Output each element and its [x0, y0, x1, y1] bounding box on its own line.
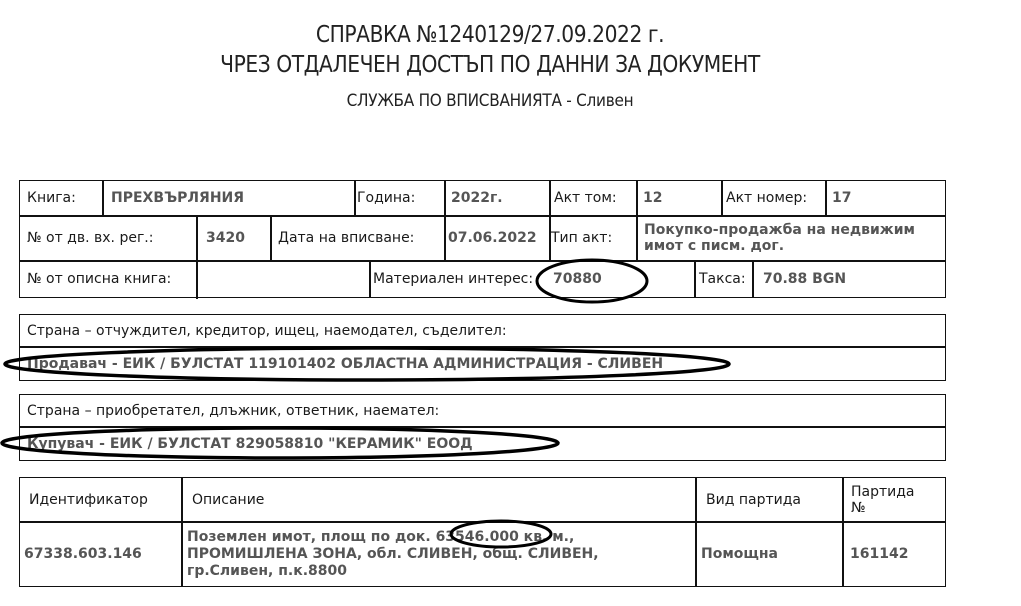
description-line-2: ПРОМИШЛЕНА ЗОНА, обл. СЛИВЕН, общ. СЛИВЕ… — [187, 546, 599, 563]
transferor-label: Страна – отчуждител, кредитор, ищец, нае… — [20, 315, 945, 346]
registry-office: СЛУЖБА ПО ВПИСВАНИЯТА - Сливен — [49, 91, 931, 111]
property-table: Идентификатор Описание Вид партида Парти… — [19, 477, 946, 587]
act-volume-value: 12 — [636, 181, 721, 215]
header-batch-number: Партида № — [844, 478, 945, 521]
act-type-value: Покупко-продажба на недвижим имот с писм… — [636, 215, 945, 260]
act-type-line-2: имот с писм. дог. — [644, 238, 784, 254]
year-label: Година: — [350, 181, 444, 215]
act-number-value: 17 — [825, 181, 945, 215]
acquirer-party-section: Страна – приобретател, длъжник, ответник… — [19, 394, 946, 461]
entry-date-value: 07.06.2022 — [444, 215, 549, 260]
material-interest-value: 70880 — [547, 260, 694, 298]
book-value: ПРЕХВЪРЛЯНИЯ — [104, 181, 354, 215]
certificate-subtitle: ЧРЕЗ ОТДАЛЕЧЕН ДОСТЪП ПО ДАННИ ЗА ДОКУМЕ… — [59, 52, 921, 78]
inventory-book-value — [198, 260, 369, 298]
year-value: 2022г. — [444, 181, 549, 215]
acquirer-value: Купувач - ЕИК / БУЛСТАТ 829058810 "КЕРАМ… — [20, 427, 945, 460]
acquirer-label: Страна – приобретател, длъжник, ответник… — [20, 395, 945, 426]
transferor-value: Продавач - ЕИК / БУЛСТАТ 119101402 ОБЛАС… — [20, 347, 945, 380]
document-info-table: Книга: ПРЕХВЪРЛЯНИЯ Година: 2022г. Акт т… — [19, 180, 946, 298]
fee-value: 70.88 BGN — [754, 260, 945, 298]
fee-label: Такса: — [694, 260, 752, 298]
transferor-party-section: Страна – отчуждител, кредитор, ищец, нае… — [19, 314, 946, 381]
batch-number-value: 161142 — [844, 522, 945, 586]
incoming-reg-value: 3420 — [198, 215, 270, 260]
entry-date-label: Дата на вписване: — [272, 215, 444, 260]
description-prefix: Поземлен имот, площ по док. — [187, 529, 436, 545]
incoming-reg-label: № от дв. вх. рег.: — [20, 215, 196, 260]
header-identifier: Идентификатор — [20, 478, 181, 521]
description-suffix: кв. м., — [519, 529, 575, 545]
act-type-label: Тип акт: — [547, 215, 636, 260]
description-line-3: гр.Сливен, п.к.8800 — [187, 563, 347, 580]
act-number-label: Акт номер: — [719, 181, 825, 215]
certificate-title: СПРАВКА №1240129/27.09.2022 г. — [59, 22, 921, 48]
header-description: Описание — [183, 478, 695, 521]
act-volume-label: Акт том: — [547, 181, 636, 215]
material-interest-label: Материален интерес: — [369, 260, 549, 298]
book-label: Книга: — [20, 181, 102, 215]
inventory-book-label: № от описна книга: — [20, 260, 196, 298]
property-identifier: 67338.603.146 — [20, 522, 181, 586]
property-area: 63546.000 — [436, 529, 519, 545]
batch-type-value: Помощна — [697, 522, 842, 586]
act-type-line-1: Покупко-продажба на недвижим — [644, 222, 915, 238]
header-batch-number-line-1: Партида — [851, 484, 915, 500]
header-batch-number-line-2: № — [851, 500, 866, 516]
description-line-1: Поземлен имот, площ по док. 63546.000 кв… — [187, 529, 574, 546]
property-description: Поземлен имот, площ по док. 63546.000 кв… — [183, 522, 695, 586]
header-batch-type: Вид партида — [697, 478, 842, 521]
